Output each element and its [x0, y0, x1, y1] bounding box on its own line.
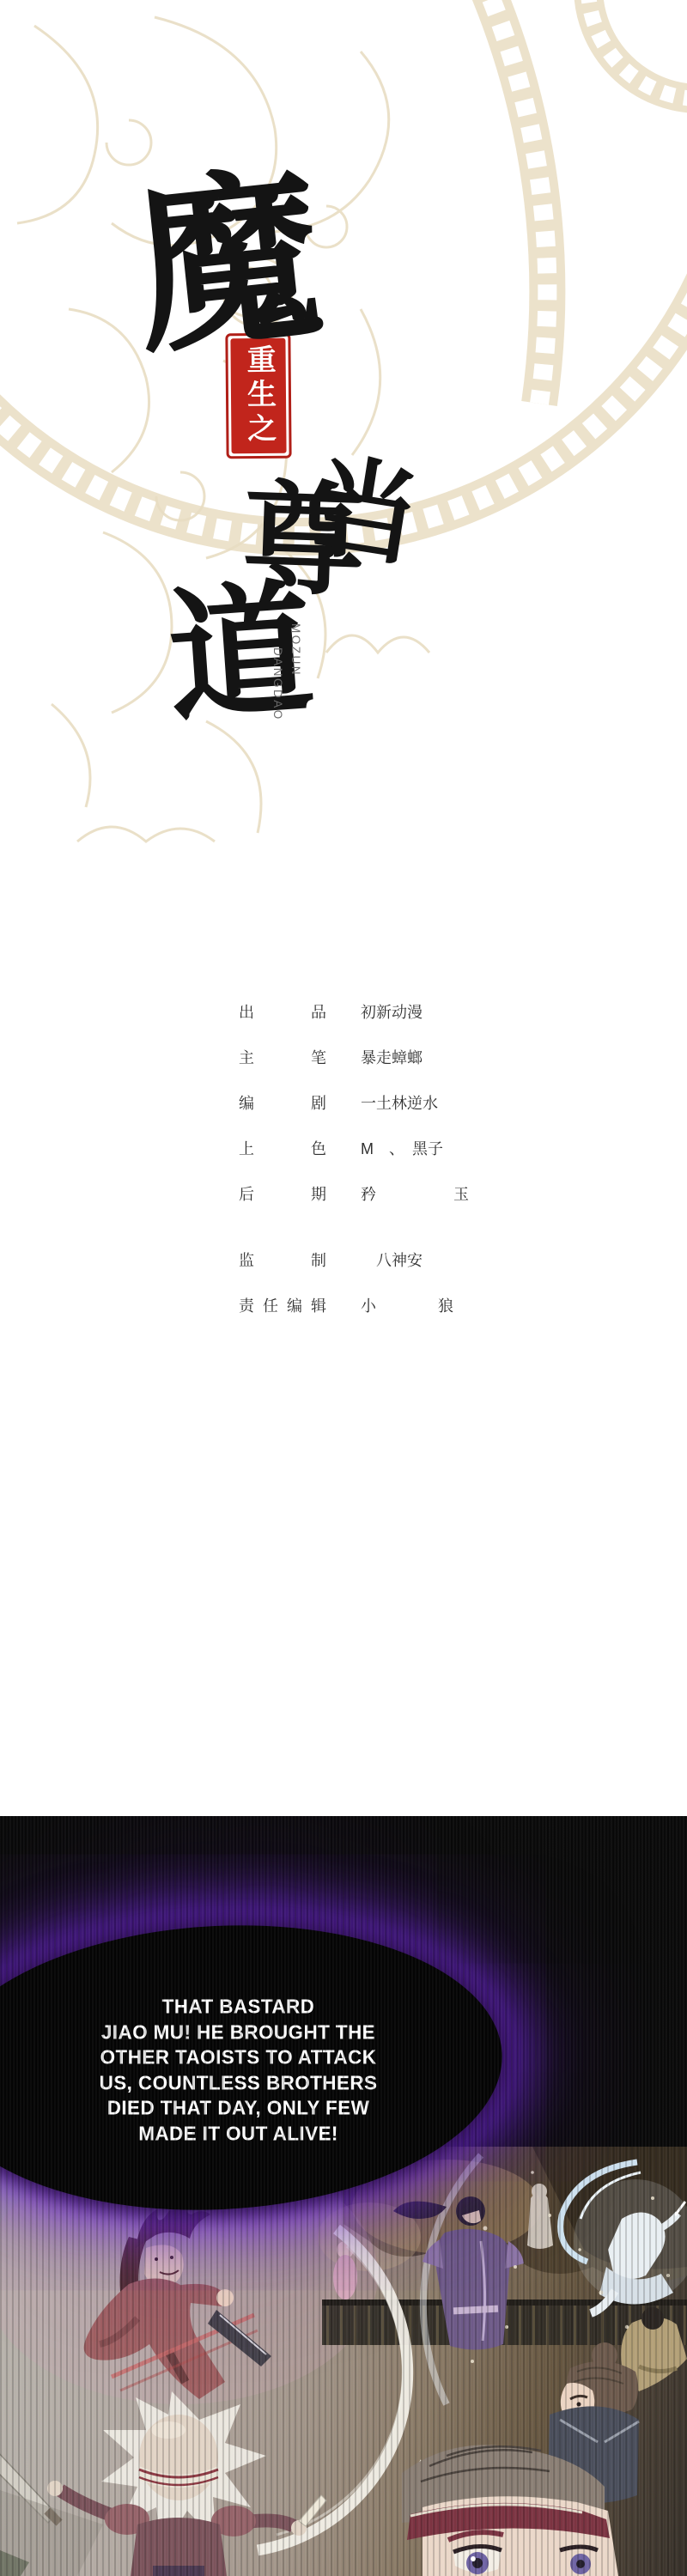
credit-value: 小 狼 [361, 1297, 453, 1315]
credit-row-colorist: 上色 M 、 黑子 [239, 1139, 514, 1158]
comic-panel: THAT BASTARD JIAO MU! HE BROUGHT THE OTH… [0, 1816, 687, 2576]
credit-value: 矜 玉 [361, 1185, 469, 1204]
credit-row-editor: 责任编辑 小 狼 [239, 1297, 514, 1315]
credit-row-writer: 编剧 一土林逆水 [239, 1094, 514, 1113]
credit-label: 出品 [239, 1003, 326, 1022]
credits-block: 出品 初新动漫 主笔 暴走蟑螂 编剧 一土林逆水 上色 M 、 黑子 后期 矜 … [239, 1003, 514, 1342]
speech-line: THAT BASTARD [69, 1993, 408, 2020]
credit-row-producer: 出品 初新动漫 [239, 1003, 514, 1022]
credit-row-postproduction: 后期 矜 玉 [239, 1185, 514, 1204]
credit-value: 八神安 [361, 1251, 423, 1270]
credit-label: 主笔 [239, 1048, 326, 1067]
credit-value: M 、 黑子 [361, 1139, 443, 1158]
speech-line: OTHER TAOISTS TO ATTACK [69, 2044, 408, 2070]
battle-scene [0, 2147, 687, 2576]
credit-label: 责任编辑 [239, 1297, 326, 1315]
speech-line: DIED THAT DAY, ONLY FEW [69, 2094, 408, 2121]
romanization-dangdao: DANGDAO [268, 647, 286, 761]
speech-line: JIAO MU! HE BROUGHT THE [69, 2019, 408, 2045]
credit-value: 初新动漫 [361, 1003, 423, 1022]
calligraphy-char-mo: 魔 [126, 161, 329, 363]
credit-value: 一土林逆水 [361, 1094, 438, 1113]
romanization-mozun: MOZUN [286, 623, 304, 761]
calligraphy-char-dang: 当 [303, 449, 427, 573]
speech-line: MADE IT OUT ALIVE! [69, 2120, 408, 2147]
credit-label: 上色 [239, 1139, 326, 1158]
credit-label: 后期 [239, 1185, 326, 1204]
speech-line: US, COUNTLESS BROTHERS [69, 2069, 408, 2096]
credit-label: 编剧 [239, 1094, 326, 1113]
credit-row-supervisor: 监制 八神安 [239, 1251, 514, 1270]
credit-row-artist: 主笔 暴走蟑螂 [239, 1048, 514, 1067]
title-romanization: MOZUN DANGDAO [268, 623, 304, 761]
speech-text: THAT BASTARD JIAO MU! HE BROUGHT THE OTH… [69, 1994, 408, 2146]
credit-label: 监制 [239, 1251, 326, 1270]
manhua-title-page: 重生之 魔 尊 当 道 MOZUN DANGDAO 出品 初新动漫 主笔 暴走蟑… [0, 0, 687, 2576]
credit-value: 暴走蟑螂 [361, 1048, 423, 1067]
